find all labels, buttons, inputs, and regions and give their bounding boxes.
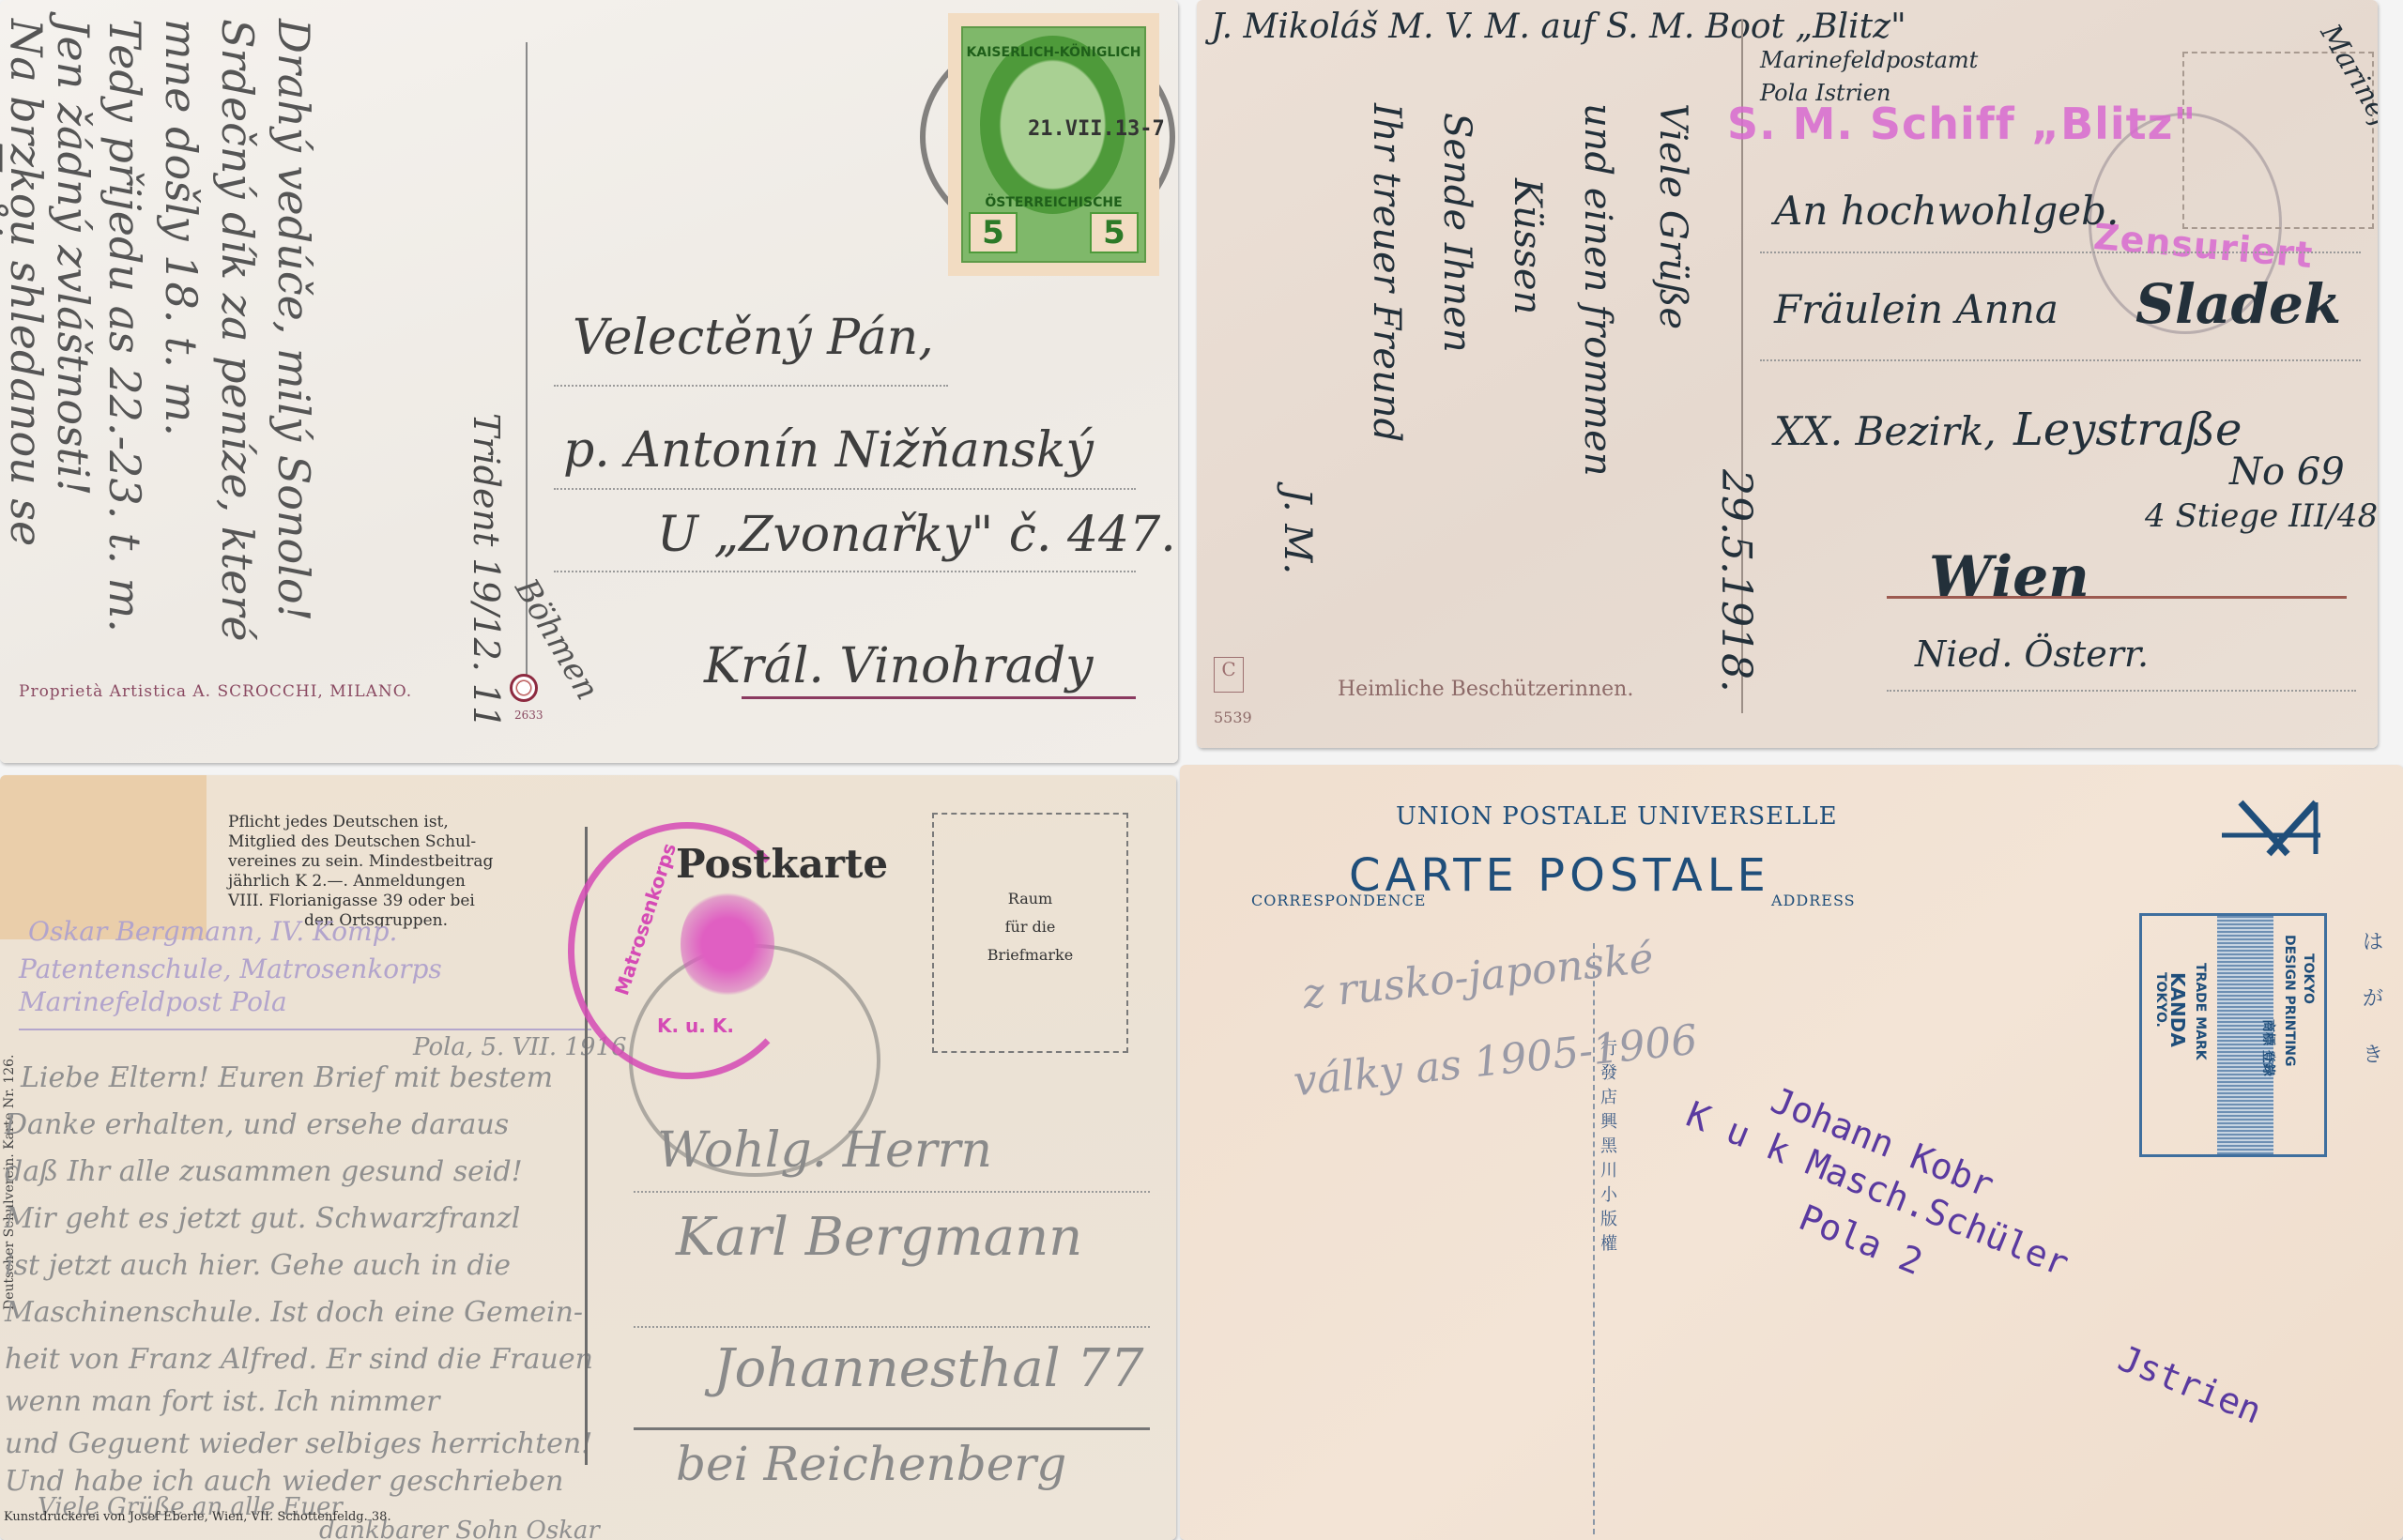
message-line: wenn man fort ist. Ich nimmer [5,1385,439,1418]
message-line: Danke erhalten, und ersehe daraus [5,1108,509,1141]
pencil-note: z rusko-japonské [1300,935,1656,1019]
tokyo-trademark-box: TOKYO DESIGN PRINTING TRADE MARK KANDA T… [2139,913,2327,1157]
stain [0,775,207,939]
recipient-stair: 4 Stiege III/48 [2145,497,2378,535]
recipient-name-prefix: Fräulein Anna [1774,286,2059,332]
stamp-text-bottom: ÖSTERREICHISCHE [963,195,1144,210]
address-line [1760,359,2361,361]
recipient-name: p. Antonín Nižňanský [563,422,1094,479]
pencil-note: války as 1905-1906 [1292,1016,1700,1106]
printed-notice: Pflicht jedes Deutschen ist, Mitglied de… [228,813,524,931]
message-line: Sende Ihnen [1435,113,1478,353]
recipient-district: XX. Bezirk, [1774,408,1997,454]
recipient-city: Král. Vinohrady [704,638,1093,694]
recipient-city: Wien [1929,544,2089,610]
sender-line: Patentenschule, Matrosenkorps [19,953,442,984]
trademark-line: DESIGN PRINTING [2282,935,2297,1067]
notice-line: Pflicht jedes Deutschen ist, [228,813,524,832]
message-line: Viele Grüße [1651,103,1694,329]
address-line [554,385,948,387]
sender-line: Oskar Bergmann, IV. Komp. [28,916,397,947]
stamp-box-label: Raum [934,890,1126,907]
address-line [554,488,1136,490]
recipient-salutation: Wohlg. Herrn [657,1122,992,1179]
message-line: Mir geht es jetzt gut. Schwarzfranzl [5,1202,520,1235]
recipient-city: bei Reichenberg [676,1437,1066,1491]
message-line: und einen frommen [1576,103,1619,477]
navy-stamp-bottom: K. u. K. [657,1014,734,1037]
message-line: Maschinenschule. Ist doch eine Gemein- [5,1296,583,1329]
trademark-line: TRADE MARK [2193,963,2208,1060]
label-address: ADDRESS [1771,892,1856,909]
postcard-japanese-carte-postale: UNION POSTALE UNIVERSELLE CARTE POSTALE … [1180,765,2403,1540]
signature: J. M. [1276,488,1319,574]
message-line: Ihr treuer Freund [1365,103,1408,442]
postcard-feldpost-wien: J. Mikoláš M. V. M. auf S. M. Boot „Blit… [1197,0,2378,748]
navy-stamp-seal [681,888,774,1000]
recipient-house: No 69 [2229,450,2345,494]
date: 29.5.1918. [1712,469,1760,693]
trademark-jp: 商標 登錄 [2259,1019,2278,1076]
recipient-street: Johannesthal 77 [713,1338,1144,1399]
recipient-salutation: An hochwohlgeb. [1774,188,2119,234]
message-line: Liebe Eltern! Euren Brief mit bestem [21,1061,553,1094]
message-line: Tvůj ... [0,141,11,290]
card-caption: Heimliche Beschützerinnen. [1338,678,1633,701]
stamp-box-label: Briefmarke [934,946,1126,964]
printer-line: Kunstdruckerei von Josef Eberle, Wien, V… [4,1510,391,1524]
stamp-box-label: für die [934,918,1126,936]
trademark-line: TOKYO [2301,953,2316,1004]
header-small: UNION POSTALE UNIVERSELLE [1396,802,1838,831]
city-underline [742,696,1136,699]
notice-line: jährlich K 2.—. Anmeldungen [228,872,524,892]
address-line [634,1191,1150,1193]
publisher-logo-icon: C [1214,657,1244,693]
stamp-text-top: KAISERLICH-KÖNIGLICH [963,45,1144,60]
message-line: mne došly 18. t. m. [156,19,207,436]
recipient-street: U „Zvonařky" č. 447. [657,507,1176,563]
city-underline [1887,596,2347,599]
ship-stamp: S. M. Schiff „Blitz" [1727,99,2196,149]
sender-line: J. Mikoláš M. V. M. auf S. M. Boot „Blit… [1211,8,1906,46]
address-line [554,571,1136,572]
notice-line: Mitglied des Deutschen Schul- [228,832,524,852]
recipient-name: Karl Bergmann [676,1207,1082,1268]
message-line: Jen žádný zvláštnosti! [48,19,99,496]
message-line: Tedy přijedu as 22.-23. t. m. [99,19,150,633]
recipient-salutation: Velectěný Pán, [573,310,934,366]
message-line: ist jetzt auch hier. Gehe auch in die [5,1249,511,1282]
publisher-caption: Proprietà Artistica A. SCROCCHI, MILANO. [19,682,412,701]
notice-line: VIII. Florianigasse 39 oder bei [228,892,524,911]
address-underline [634,1427,1150,1430]
stamp-value-left: 5 [969,212,1018,253]
card-number: 5539 [1214,709,1252,726]
address-line [634,1326,1150,1328]
place-date: Pola, 5. VII. 1916 [413,1033,627,1061]
notice-line: vereines zu sein. Mindestbeitrag [228,852,524,872]
recipient-region: Nied. Österr. [1915,633,2149,675]
card-number: 2633 [514,709,543,722]
recipient-name: Sladek [2135,272,2341,336]
publisher-logo-icon [510,674,538,702]
message-line: Küssen [1506,178,1549,314]
postcard-schulverein: Pflicht jedes Deutschen ist, Mitglied de… [0,775,1176,1540]
address-line [1760,252,2361,253]
card-header: Postkarte [676,841,888,887]
postmark-date: 21.VII.13-7 [1028,117,1165,141]
recipient-street: Leystraße [2013,404,2242,456]
message-line: Srdečný dík za peníze, které [212,19,263,642]
message-line: Drahý vedúče, milý Sonolo! [268,19,319,621]
message-line: heit von Franz Alfred. Er sind die Fraue… [5,1343,593,1376]
postage-stamp: KAISERLICH-KÖNIGLICH ÖSTERREICHISCHE 5 5 [948,13,1159,276]
sender-line: Marinefeldpost Pola [19,986,287,1017]
label-correspondence: CORRESPONDENCE [1251,892,1426,909]
side-jp-text: はがき [2363,915,2385,1084]
signoff: Trident 19/12. 11 [466,413,507,728]
stamp-value-right: 5 [1090,212,1139,253]
address-line [1887,690,2356,692]
sender-underline [19,1029,591,1030]
message-line: und Geguent wieder selbiges herrichten! [5,1427,592,1460]
message-line: daß Ihr alle zusammen gesund seid! [5,1155,523,1188]
purple-stamp-line: Jstrien [2113,1337,2268,1432]
decorative-cross-icon [2222,798,2325,882]
trademark-line: KANDA [2166,972,2189,1047]
sender-sub: Marinefeldpostamt [1760,47,1978,73]
postcard-austrian-milan-print: Drahý vedúče, milý Sonolo! Srdečný dík z… [0,0,1178,763]
trademark-line: TOKYO. [2153,972,2168,1028]
stamp-placeholder-box: Raum für die Briefmarke [932,813,1128,1053]
